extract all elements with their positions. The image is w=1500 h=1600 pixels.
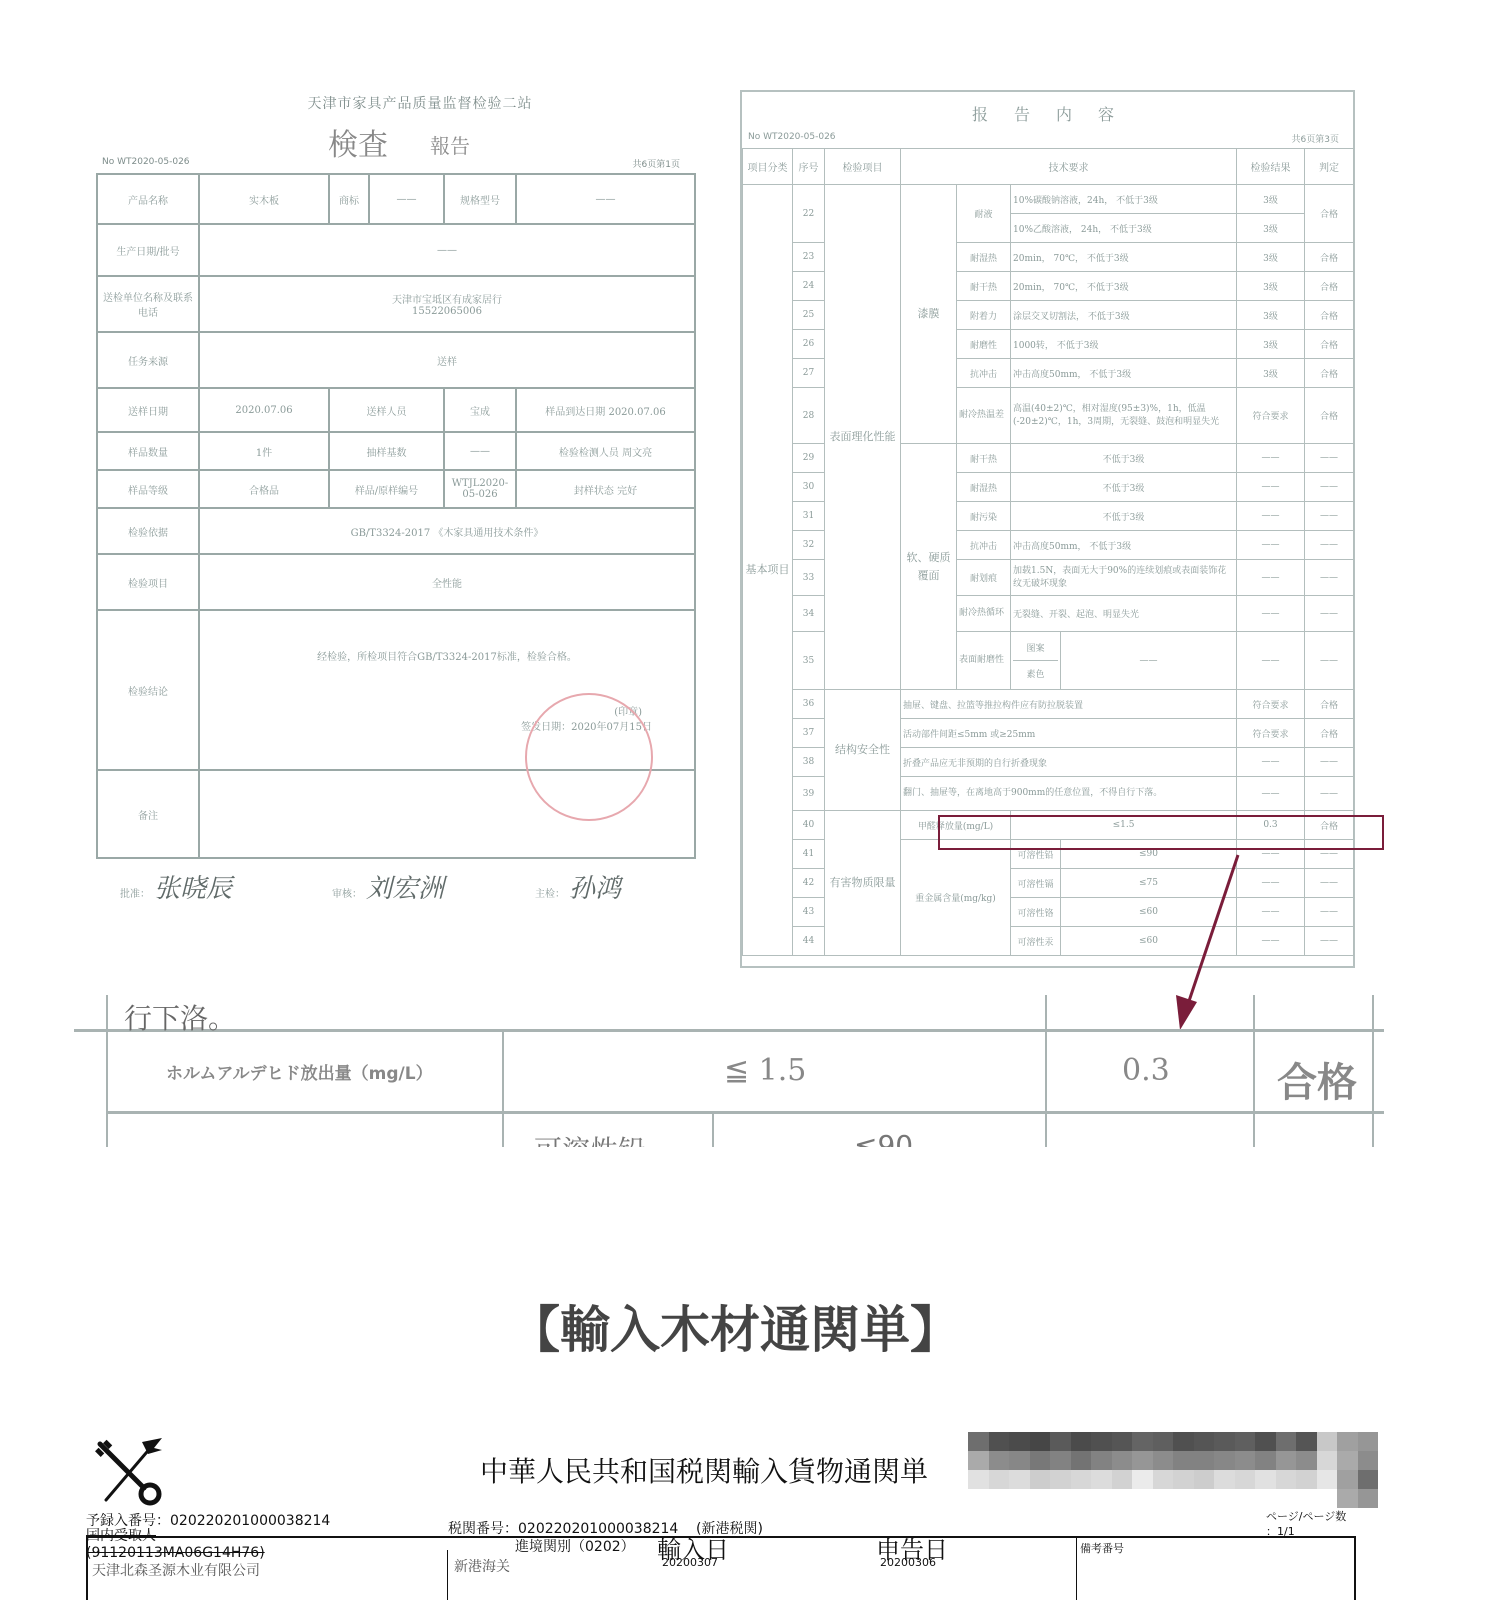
details-page-number: 共6页第3页 (1292, 132, 1339, 145)
metal-name: 可溶性铬 (1011, 898, 1061, 927)
table-row: 基本项目 22 表面理化性能 漆膜 耐液 10%碳酸钠溶液，24h， 不低于3级… (743, 185, 1354, 214)
pre-entry-number: 予録入番号：020220201000038214 (86, 1510, 330, 1530)
test-name: 耐磨性 (957, 330, 1011, 359)
official-seal-stamp (525, 693, 653, 821)
cell-label: 样品/原样编号 (329, 470, 444, 508)
requirement: 20min， 70℃， 不低于3级 (1011, 272, 1237, 301)
signature-reviewer: 审核：刘宏洲 (332, 868, 444, 905)
cell-label: 样品到达日期 (545, 407, 605, 418)
cell-label: 生产日期/批号 (97, 224, 199, 276)
customs-emblem-icon (92, 1436, 164, 1508)
requirement: 翻门、抽屉等，在离地高于900mm的任意位置，不得自行下落。 (901, 777, 1237, 811)
import-date: 20200307 (662, 1556, 718, 1569)
result: 符合要求 (1237, 719, 1305, 748)
requirement: 无裂缝、开裂、起泡、明显失光 (1011, 596, 1237, 632)
signature-name: 刘宏洲 (366, 874, 444, 904)
result: 3级 (1237, 214, 1305, 243)
requirement: —— (1061, 632, 1237, 690)
test-name: 耐干热 (957, 444, 1011, 473)
table-row: 产品名称 实木板 商标 —— 规格型号 —— (97, 174, 695, 224)
cell-label: 封样状态 (574, 486, 614, 497)
requirement: 冲击高度50mm， 不低于3级 (1011, 531, 1237, 560)
judgement: 合格 (1305, 359, 1354, 388)
result: 符合要求 (1237, 388, 1305, 444)
section-heading: 【輸入木材通関単】 (0, 1290, 1470, 1362)
row-number: 43 (793, 898, 825, 927)
result: —— (1237, 502, 1305, 531)
overflow-text: 行下洛。 (124, 997, 236, 1037)
result: 3级 (1237, 301, 1305, 330)
requirement: 20min， 70℃， 不低于3级 (1011, 243, 1237, 272)
plain-label: 素色 (1013, 660, 1058, 680)
table-header-row: 项目分类 序号 检验项目 技术要求 检验结果 判定 (743, 149, 1354, 185)
judgement: 合格 (1305, 243, 1354, 272)
category-cell: 基本项目 (743, 185, 793, 956)
signature-role: 审核： (332, 889, 362, 900)
cell-value: —— (199, 224, 695, 276)
col-header: 序号 (793, 149, 825, 185)
cell-label: 备注 (97, 770, 199, 858)
signature-row: 批准：张晓辰 审核：刘宏洲 主检：孙鸿 (110, 860, 690, 915)
table-row: 任务来源 送样 (97, 332, 695, 388)
row-number: 42 (793, 869, 825, 898)
result: —— (1237, 560, 1305, 596)
cell-label: 商标 (329, 174, 369, 224)
col-header: 检验项目 (825, 149, 901, 185)
test-name: 耐污染 (957, 502, 1011, 531)
requirement: 折叠产品应无非预期的自行折叠现象 (901, 748, 1237, 777)
result: —— (1237, 869, 1305, 898)
cell-value: 检验检测人员 周文亮 (516, 432, 695, 470)
judgement: —— (1305, 473, 1354, 502)
result: —— (1237, 632, 1305, 690)
cell-label: 送样人员 (329, 388, 444, 432)
test-name: 表面耐磨性 (957, 632, 1011, 690)
judgement: —— (1305, 560, 1354, 596)
requirement: 1000转， 不低于3级 (1011, 330, 1237, 359)
judgement: —— (1305, 632, 1354, 690)
row-number: 35 (793, 632, 825, 690)
row-number: 37 (793, 719, 825, 748)
entry-port-label: 進境関別（0202） (515, 1536, 635, 1556)
result: —— (1237, 927, 1305, 956)
requirement: ≤60 (1061, 927, 1237, 956)
cell-label: 样品数量 (97, 432, 199, 470)
col-header: 检验结果 (1237, 149, 1305, 185)
row-number: 29 (793, 444, 825, 473)
requirement: ≤60 (1061, 898, 1237, 927)
result: 3级 (1237, 359, 1305, 388)
row-number: 33 (793, 560, 825, 596)
table-row: 送检单位名称及联系电话 天津市宝坻区有成家居行 15522065006 (97, 276, 695, 332)
cell-label: 检验项目 (97, 554, 199, 610)
cell-value: —— (516, 174, 695, 224)
signature-role: 批准： (120, 889, 150, 900)
customs-number: 税関番号：020220201000038214 (448, 1518, 678, 1538)
requirement: 10%乙酸溶液， 24h， 不低于3级 (1011, 214, 1237, 243)
entry-port-name: 新港海关 (454, 1556, 510, 1576)
test-name: 耐划痕 (957, 560, 1011, 596)
cell-label: 送检单位名称及联系电话 (97, 276, 199, 332)
cell-value: —— (369, 174, 444, 224)
requirement: 高温(40±2)℃，相对湿度(95±3)%，1h，低温(-20±2)℃，1h，3… (1011, 388, 1237, 444)
table-row: 检验依据 GB/T3324-2017 《木家具通用技术条件》 (97, 508, 695, 554)
cell-label: 检验结论 (97, 610, 199, 770)
judgement: —— (1305, 777, 1354, 811)
cell-label: 检验依据 (97, 508, 199, 554)
table-row: 送样日期 2020.07.06 送样人员 宝成 样品到达日期 2020.07.0… (97, 388, 695, 432)
row-number: 27 (793, 359, 825, 388)
signature-approver: 批准：张晓辰 (120, 868, 232, 905)
requirement: 不低于3级 (1011, 502, 1237, 531)
highlight-box-formaldehyde (938, 815, 1384, 850)
details-doc-number: No WT2020-05-026 (748, 132, 836, 142)
enlarged-requirement: ≦ 1.5 (724, 1053, 806, 1088)
row-number: 34 (793, 596, 825, 632)
col-header: 判定 (1305, 149, 1354, 185)
row-number: 39 (793, 777, 825, 811)
result: —— (1237, 531, 1305, 560)
cell-value: 完好 (617, 486, 637, 497)
requirement: 不低于3级 (1011, 444, 1237, 473)
row-number: 23 (793, 243, 825, 272)
test-name: 耐液 (957, 185, 1011, 243)
row-number: 24 (793, 272, 825, 301)
cell-label: 任务来源 (97, 332, 199, 388)
enlarged-result: 0.3 (1122, 1053, 1170, 1088)
group-cell: 结构安全性 (825, 690, 901, 811)
result: 3级 (1237, 272, 1305, 301)
row-number: 28 (793, 388, 825, 444)
judgement: 合格 (1305, 330, 1354, 359)
requirement: ≤75 (1061, 869, 1237, 898)
result: 3级 (1237, 243, 1305, 272)
cell-label: 规格型号 (444, 174, 516, 224)
requirement: 加载1.5N，表面无大于90%的连续划痕或表面装饰花纹无破坏现象 (1011, 560, 1237, 596)
cell-value: 封样状态 完好 (516, 470, 695, 508)
enlarged-formaldehyde-row: 行下洛。 ホルムアルデヒド放出量（mg/L） ≦ 1.5 0.3 合格 可溶性铅… (74, 995, 1384, 1147)
table-row: 生产日期/批号 —— (97, 224, 695, 276)
col-header: 项目分类 (743, 149, 793, 185)
signature-name: 孙鸿 (569, 874, 621, 904)
table-row: 检验项目 全性能 (97, 554, 695, 610)
test-name: 耐湿热 (957, 473, 1011, 502)
subgroup-cell: 漆膜 (901, 185, 957, 444)
test-name: 附着力 (957, 301, 1011, 330)
cell-value: 1件 (199, 432, 329, 470)
judgement: 合格 (1305, 272, 1354, 301)
cell-value: 2020.07.06 (199, 388, 329, 432)
client-phone: 15522065006 (202, 306, 692, 317)
cell-label: 送样日期 (97, 388, 199, 432)
requirement: 涂层交叉切割法， 不低于3级 (1011, 301, 1237, 330)
requirement-split: 图案素色 (1011, 632, 1061, 690)
subgroup-cell: 软、硬质覆面 (901, 444, 957, 690)
row-number: 40 (793, 811, 825, 840)
details-title: 报告内容 (972, 102, 1140, 125)
cell-value: 周文亮 (622, 448, 652, 459)
enlarged-judgement: 合格 (1277, 1051, 1357, 1108)
row-number: 25 (793, 301, 825, 330)
judgement: —— (1305, 502, 1354, 531)
result: —— (1237, 473, 1305, 502)
conclusion-text: 经检验，所检项目符合GB/T3324-2017标准，检验合格。 (202, 648, 692, 663)
result: —— (1237, 748, 1305, 777)
row-number: 22 (793, 185, 825, 243)
judgement: —— (1305, 596, 1354, 632)
judgement: 合格 (1305, 388, 1354, 444)
report-page-number: 共6页第1页 (633, 157, 680, 170)
row-number: 36 (793, 690, 825, 719)
result: —— (1237, 596, 1305, 632)
judgement: —— (1305, 927, 1354, 956)
judgement: 合格 (1305, 301, 1354, 330)
result: 3级 (1237, 185, 1305, 214)
group-cell: 表面理化性能 (825, 185, 901, 690)
judgement: 合格 (1305, 690, 1354, 719)
cut-off-text: ≤90 (854, 1129, 913, 1147)
metal-name: 可溶性镉 (1011, 869, 1061, 898)
test-name: 重金属含量(mg/kg) (901, 840, 1011, 956)
test-name: 耐冷热温差 (957, 388, 1011, 444)
group-cell: 有害物质限量 (825, 811, 901, 956)
row-number: 38 (793, 748, 825, 777)
requirement: 活动部件间距≤5mm 或≥25mm (901, 719, 1237, 748)
consignee-id: 国内受取人(91120113MA06G14H76) (86, 1528, 316, 1562)
consignee-name: 天津北森圣源木业有限公司 (92, 1560, 260, 1580)
signature-name: 张晓辰 (154, 874, 232, 904)
requirement: 不低于3级 (1011, 473, 1237, 502)
test-name: 耐湿热 (957, 243, 1011, 272)
cell-value: 2020.07.06 (608, 407, 665, 418)
result: 3级 (1237, 330, 1305, 359)
test-name: 抗冲击 (957, 531, 1011, 560)
page-count-label: ページ/ページ数 (1266, 1508, 1346, 1524)
signature-inspector: 主检：孙鸿 (535, 868, 621, 905)
cell-value: 全性能 (199, 554, 695, 610)
test-name: 耐干热 (957, 272, 1011, 301)
judgement: —— (1305, 531, 1354, 560)
requirement: 10%碳酸钠溶液，24h， 不低于3级 (1011, 185, 1237, 214)
signature-role: 主检： (535, 889, 565, 900)
row-number: 26 (793, 330, 825, 359)
table-row: 36结构安全性抽屉、键盘、拉篮等推拉构件应有防拉脱装置符合要求合格 (743, 690, 1354, 719)
client-name: 天津市宝坻区有成家居行 (202, 291, 692, 306)
inspection-report-cover: 天津市家具产品质量监督检验二站 検査 報告 No WT2020-05-026 共… (90, 85, 710, 945)
metal-name: 可溶性汞 (1011, 927, 1061, 956)
cell-value: WTJL2020-05-026 (444, 470, 516, 508)
report-doc-number: No WT2020-05-026 (102, 157, 190, 167)
remarks-label: 備考番号 (1080, 1540, 1124, 1556)
col-header: 技术要求 (901, 149, 1237, 185)
test-name: 耐冷热循环 (957, 596, 1011, 632)
enlarged-item-name: ホルムアルデヒド放出量（mg/L） (166, 1059, 433, 1084)
cell-value: 实木板 (199, 174, 329, 224)
cell-value: 样品到达日期 2020.07.06 (516, 388, 695, 432)
cell-value: 送样 (199, 332, 695, 388)
cut-off-text: 可溶性铅 (534, 1129, 646, 1147)
row-number: 44 (793, 927, 825, 956)
cell-label: 检验检测人员 (559, 448, 619, 459)
judgement: —— (1305, 869, 1354, 898)
result: 符合要求 (1237, 690, 1305, 719)
judgement: —— (1305, 898, 1354, 927)
result: —— (1237, 444, 1305, 473)
table-row: 样品等级 合格品 样品/原样编号 WTJL2020-05-026 封样状态 完好 (97, 470, 695, 508)
cell-value: 合格品 (199, 470, 329, 508)
judgement: —— (1305, 444, 1354, 473)
judgement: 合格 (1305, 719, 1354, 748)
row-number: 41 (793, 840, 825, 869)
report-title-sub: 報告 (430, 130, 470, 159)
cell-label: 产品名称 (97, 174, 199, 224)
result: —— (1237, 898, 1305, 927)
redacted-barcode (968, 1432, 1378, 1508)
row-number: 31 (793, 502, 825, 531)
cell-label: 样品等级 (97, 470, 199, 508)
report-org-title: 天津市家具产品质量监督检验二站 (280, 93, 560, 113)
cell-label: 抽样基数 (329, 432, 444, 470)
cell-value: 宝成 (444, 388, 516, 432)
pattern-label: 图案 (1013, 641, 1058, 654)
cell-value: —— (444, 432, 516, 470)
requirement: 抽屉、键盘、拉篮等推拉构件应有防拉脱装置 (901, 690, 1237, 719)
customs-doc-title: 中華人民共和国税関輸入貨物通関単 (480, 1450, 928, 1490)
test-name: 抗冲击 (957, 359, 1011, 388)
cell-value: GB/T3324-2017 《木家具通用技术条件》 (199, 508, 695, 554)
report-title-main: 検査 (328, 120, 388, 164)
table-row: 样品数量 1件 抽样基数 —— 检验检测人员 周文亮 (97, 432, 695, 470)
row-number: 30 (793, 473, 825, 502)
result: —— (1237, 777, 1305, 811)
requirement: 冲击高度50mm， 不低于3级 (1011, 359, 1237, 388)
row-number: 32 (793, 531, 825, 560)
judgement: —— (1305, 748, 1354, 777)
declare-date: 20200306 (880, 1556, 936, 1569)
cell-value: 天津市宝坻区有成家居行 15522065006 (199, 276, 695, 332)
judgement: 合格 (1305, 185, 1354, 243)
